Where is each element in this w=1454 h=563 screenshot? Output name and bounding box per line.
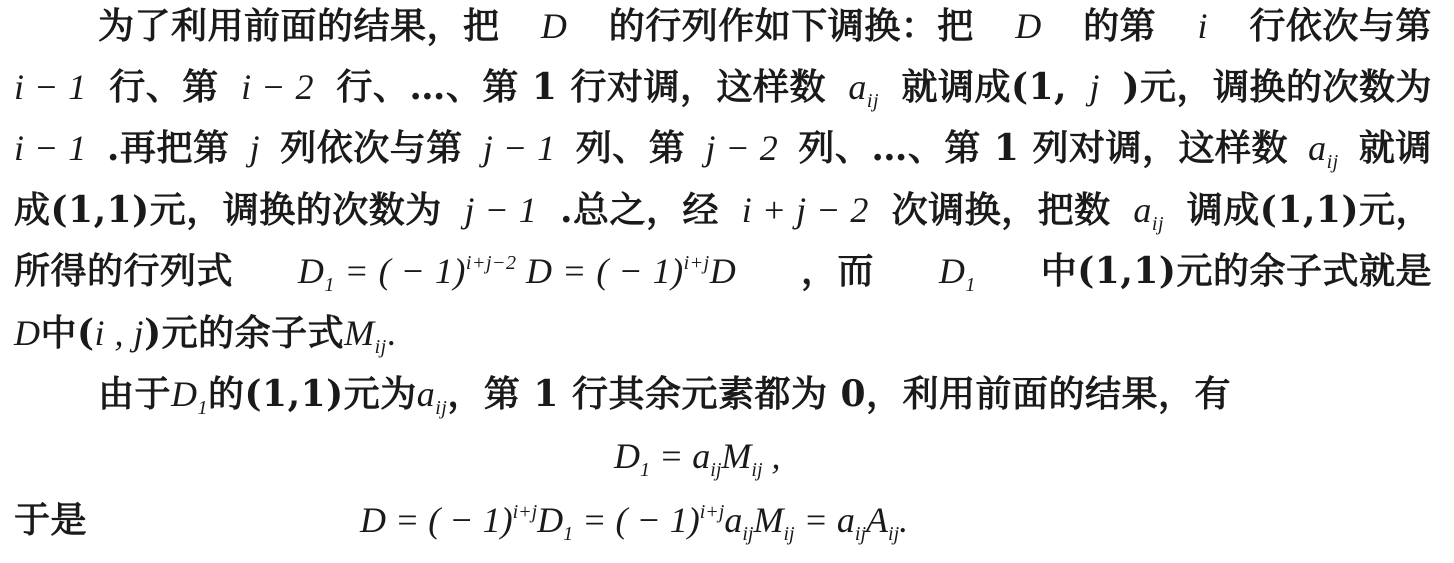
equation-D1: D1 = aijMij , [614,434,781,478]
math-a-ij: aij [417,372,448,416]
math-var-D: D [1015,4,1042,48]
math-var-D: D [541,4,568,48]
text-segment: 就调 [1359,126,1432,170]
text-segment: 成(1,1)元，调换的次数为 [14,188,442,232]
math-expr: i − 1 [14,65,87,109]
math-a-ij: aij [848,65,879,109]
text-segment: 次调换，把数 [892,188,1111,232]
math-var-i: i [1198,4,1209,48]
text-line-6: D 中(i , j)元的余子式 Mij. [14,311,1432,355]
text-segment: 调成(1,1)元， [1187,188,1432,232]
math-expr: j − 1 [464,188,537,232]
text-line-1: 为了利用前面的结果，把 D 的行列作如下调换：把 D 的第 i 行依次与第 [14,4,1432,48]
text-segment: 的第 [1083,4,1156,48]
math-a-ij: aij [1308,126,1339,170]
text-segment: 行依次与第 [1249,4,1432,48]
text-segment: )元的余子式 [144,311,344,355]
math-a-ij: aij [1133,188,1164,232]
text-segment: 为了利用前面的结果，把 [98,4,500,48]
math-expr: j − 2 [705,126,778,170]
math-D1: D1 [939,249,976,293]
text-segment: 于是 [14,498,87,542]
text-line-4: 成(1,1)元，调换的次数为 j − 1.总之，经 i + j − 2 次调换，… [14,188,1432,232]
text-segment: 中(1,1)元的余子式就是 [1041,249,1432,293]
math-M-ij: Mij [344,311,387,355]
math-expr: j − 1 [483,126,556,170]
math-var-j: j [1090,65,1101,109]
text-segment: 列依次与第 [280,126,463,170]
period: . [387,311,397,355]
math-expr: i + j − 2 [742,188,869,232]
text-segment: 中( [41,311,95,355]
math-expr: i − 1 [14,126,87,170]
text-segment: ，第 1 行其余元素都为 0，利用前面的结果，有 [447,372,1231,416]
equation-D-cofactor: D = ( − 1)i+jD1 = ( − 1)i+jaijMij = aijA… [360,498,908,542]
math-D1-expression: D1 = ( − 1)i+j−2 D = ( − 1)i+jD [298,249,736,293]
math-D1: D1 [171,372,208,416]
math-var-D: D [14,311,41,355]
math-ij-pair: i , j [95,311,145,355]
math-var-j: j [250,126,261,170]
text-segment: 的行列作如下调换：把 [609,4,974,48]
text-segment: 由于 [98,372,171,416]
text-segment: 列、…、第 1 列对调，这样数 [798,126,1288,170]
math-expr: i − 2 [241,65,314,109]
text-segment: )元，调换的次数为 [1122,65,1432,109]
text-segment: 所得的行列式 [14,249,233,293]
text-line-2: i − 1 行、第 i − 2 行、…、第 1 行对调，这样数 aij 就调成(… [14,65,1432,109]
text-segment: 行、第 [109,65,219,109]
text-segment: 的(1,1)元为 [208,372,417,416]
text-segment: 行、…、第 1 行对调，这样数 [336,65,826,109]
text-segment: 列、第 [576,126,686,170]
text-line-7: 由于 D1 的(1,1)元为 aij，第 1 行其余元素都为 0，利用前面的结果… [14,372,1432,416]
text-line-3: i − 1.再把第 j 列依次与第j − 1 列、第 j − 2 列、…、第 1… [14,126,1432,170]
text-segment: ，而 [801,249,874,293]
text-line-5: 所得的行列式 D1 = ( − 1)i+j−2 D = ( − 1)i+jD，而… [14,249,1432,293]
text-segment: .总之，经 [560,188,719,232]
text-segment: .再把第 [107,126,230,170]
text-segment: 就调成(1, [901,65,1067,109]
